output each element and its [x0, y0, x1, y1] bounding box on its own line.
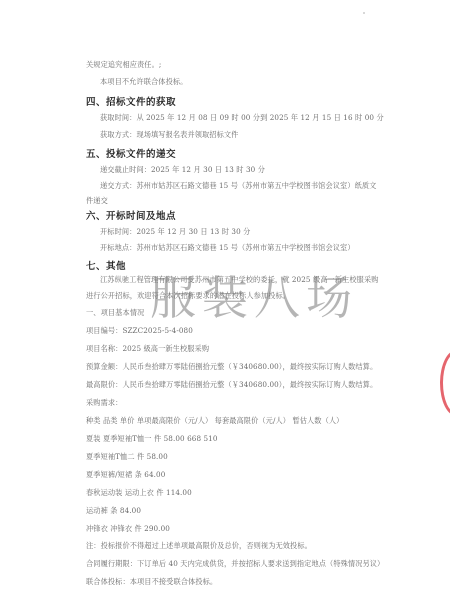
doc-line-table-row: 冲锋衣 冲锋衣 件 290.00: [86, 524, 170, 534]
doc-line-submit-deadline: 递交截止时间：2025 年 12 月 30 日 13 时 30 分: [100, 165, 265, 175]
doc-line-obtain-method: 获取方式：现场填写报名表并领取招标文件: [100, 130, 238, 140]
scan-speck: [363, 12, 365, 14]
doc-line-subheading: 一、项目基本情况: [86, 308, 144, 318]
doc-line-table-row: 夏季短裤/短裙 条 64.00: [86, 470, 165, 480]
doc-line-project-no: 项目编号：SZZC2025-5-4-080: [86, 326, 193, 336]
doc-line-consortium: 联合体投标：本项目不接受联合体投标。: [86, 577, 217, 587]
doc-line-no-consortium: 本项目不允许联合体投标。: [100, 77, 187, 87]
doc-line-requirements: 采购需求：: [86, 398, 122, 408]
doc-line-contract-period: 合同履行期限：下订单后 40 天内完成供货，并按招标人要求送到指定地点（特殊情况…: [86, 559, 384, 569]
section-heading-7: 七、其他: [86, 258, 126, 272]
doc-line-open-place: 开标地点：苏州市姑苏区石路文德巷 15 号（苏州市第五中学校图书馆会议室）: [100, 243, 355, 253]
doc-line-table-row: 夏季短袖T恤二 件 58.00: [86, 452, 168, 462]
doc-line-table-row: 运动裤 条 84.00: [86, 506, 141, 516]
doc-line-obtain-time: 获取时间：从 2025 年 12 月 08 日 09 时 00 分到 2025 …: [100, 113, 384, 123]
doc-line-submit-method: 递交方式：苏州市姑苏区石路文德巷 15 号（苏州市第五中学校图书馆会议室）纸质文: [100, 181, 376, 191]
doc-line-table-row: 夏装 夏季短袖T恤一 件 58.00 668 510: [86, 434, 218, 444]
doc-line-table-row: 春秋运动装 运动上衣 件 114.00: [86, 488, 192, 498]
doc-line-max-price: 最高限价：人民币叁拾肆万零陆佰捌拾元整（￥340680.00），最终按实际订购人…: [86, 380, 377, 390]
document-page: 关规定追究相应责任。; 本项目不允许联合体投标。 四、招标文件的获取 获取时间：…: [0, 0, 450, 600]
doc-line-project-name: 项目名称：2025 級高一新生校服采购: [86, 344, 209, 354]
doc-line-intro: 江苏纵驰工程管理有限公司受苏州市第五中学校的委托，就 2025 级高一新生校服采…: [100, 275, 379, 285]
doc-line-liability: 关规定追究相应责任。;: [86, 60, 161, 70]
section-heading-6: 六、开标时间及地点: [86, 208, 176, 222]
doc-line-budget: 预算金额：人民币叁拾肆万零陆佰捌拾元整（￥340680.00），最终按实际订购人…: [86, 362, 377, 372]
official-seal-fragment: [440, 350, 450, 416]
doc-line-open-time: 开标时间：2025 年 12 月 30 日 13 时 30 分: [100, 227, 250, 237]
doc-line-table-header: 种类 品类 单价 单项最高限价（元/人） 每套最高限价（元/人） 暂估人数（人）: [86, 416, 343, 426]
section-heading-5: 五、投标文件的递交: [86, 146, 176, 160]
doc-line-note: 注：投标报价不得超过上述单项最高限价及总价，否则视为无效投标。: [86, 541, 312, 551]
doc-line-submit-method-cont: 件递交: [86, 196, 108, 206]
section-heading-4: 四、招标文件的获取: [86, 94, 176, 108]
doc-line-intro-cont: 进行公开招标，欢迎符合本次招标要求的潜在投标人参加投标。: [86, 291, 290, 301]
